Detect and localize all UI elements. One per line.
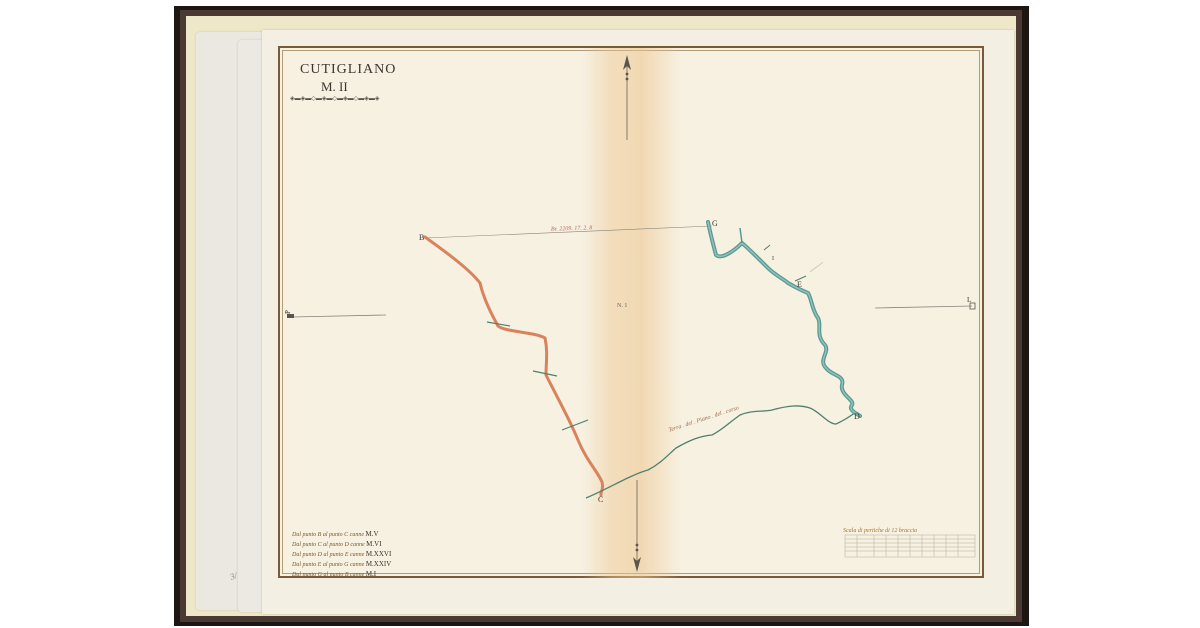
scale-table	[845, 535, 975, 557]
legend-row: Dal punto E al punto G canne M.XXIV	[292, 560, 391, 570]
west-compass-label: P	[284, 310, 292, 314]
distance-legend: Dal punto B al punto C canne M.V Dal pun…	[292, 530, 391, 580]
point-i-label: I	[772, 256, 774, 262]
map-drawing	[0, 0, 1200, 628]
legend-row: Dal punto G al punto B canne M.I	[292, 570, 391, 580]
boundary-tick	[562, 420, 588, 430]
river-tributary	[740, 228, 742, 243]
point-b-label: B	[419, 233, 424, 242]
red-boundary	[425, 237, 603, 495]
point-e-label: E	[797, 280, 802, 289]
west-line	[292, 315, 386, 317]
green-boundary	[586, 406, 856, 498]
river	[708, 222, 860, 416]
point-c-label: C	[598, 495, 603, 504]
river-tick	[764, 245, 770, 250]
center-label: N. 1	[617, 303, 627, 309]
legend-row: Dal punto D al punto E canne M.XXVI	[292, 550, 391, 560]
east-compass-label: L	[967, 296, 971, 304]
east-line	[875, 306, 972, 308]
legend-row: Dal punto C al punto D canne M.VI	[292, 540, 391, 550]
point-g-label: G	[712, 219, 718, 228]
point-d-label: D	[854, 412, 860, 421]
scale-title: Scala di pertiche di 12 braccia	[843, 528, 917, 534]
legend-row: Dal punto B al punto C canne M.V	[292, 530, 391, 540]
west-marker-icon	[287, 314, 294, 318]
